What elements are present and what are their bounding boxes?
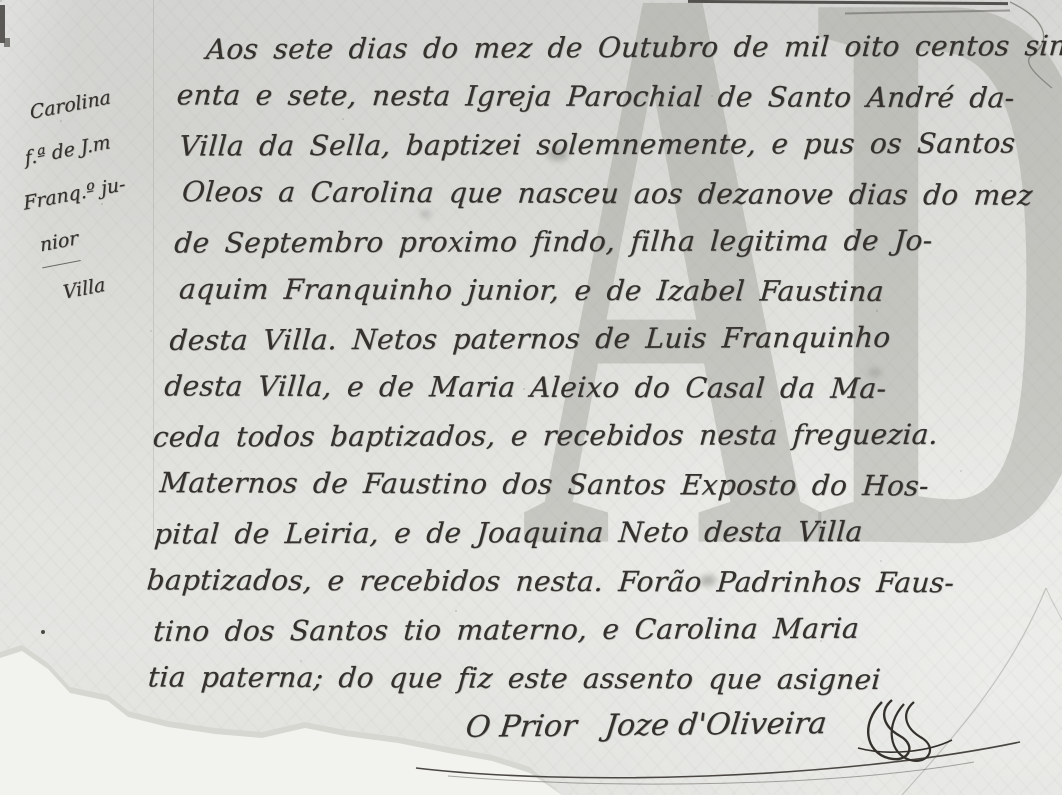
record-line: desta Villa. Netos paternos de Luis Fran…: [158, 313, 1057, 365]
record-line: enta e sete, nesta Igreja Parochial de S…: [175, 71, 1062, 123]
record-line: Oleos a Carolina que nasceu aos dezanove…: [168, 168, 1062, 220]
left-edge-ink-mark-small: [4, 38, 10, 47]
record-line: baptizados, e recebidos nesta. Forão Pad…: [141, 556, 1040, 608]
document-page: AD Carolina f.ª de J.m Franq.º ju- nior …: [0, 0, 1062, 795]
margin-annotation-line: Villa: [61, 263, 108, 315]
record-line: ceda todos baptizados, e recebidos nesta…: [151, 410, 1050, 462]
record-line: desta Villa, e de Maria Aleixo do Casal …: [155, 362, 1054, 414]
record-line: de Septembro proximo findo, filha legiti…: [165, 216, 1062, 268]
margin-annotation-line: nior: [38, 216, 81, 268]
stray-ink-dot: [41, 630, 45, 634]
paper-speckles: [0, 0, 2, 2]
record-line: Villa da Sella, baptizei solemnemente, e…: [172, 119, 1062, 171]
record-line: aquim Franquinho junior, e de Izabel Fau…: [161, 265, 1060, 317]
record-line: pital de Leiria, e de Joaquina Neto dest…: [144, 507, 1043, 559]
record-line: Aos sete dias do mez de Outubro de mil o…: [178, 22, 1062, 74]
record-body-text: Aos sete dias do mez de Outubro de mil o…: [134, 24, 1062, 703]
signature-paraph-icon: [848, 696, 958, 768]
record-line: tino dos Santos tio materno, e Carolina …: [138, 604, 1037, 656]
record-line: Maternos de Faustino dos Santos Exposto …: [148, 459, 1047, 511]
